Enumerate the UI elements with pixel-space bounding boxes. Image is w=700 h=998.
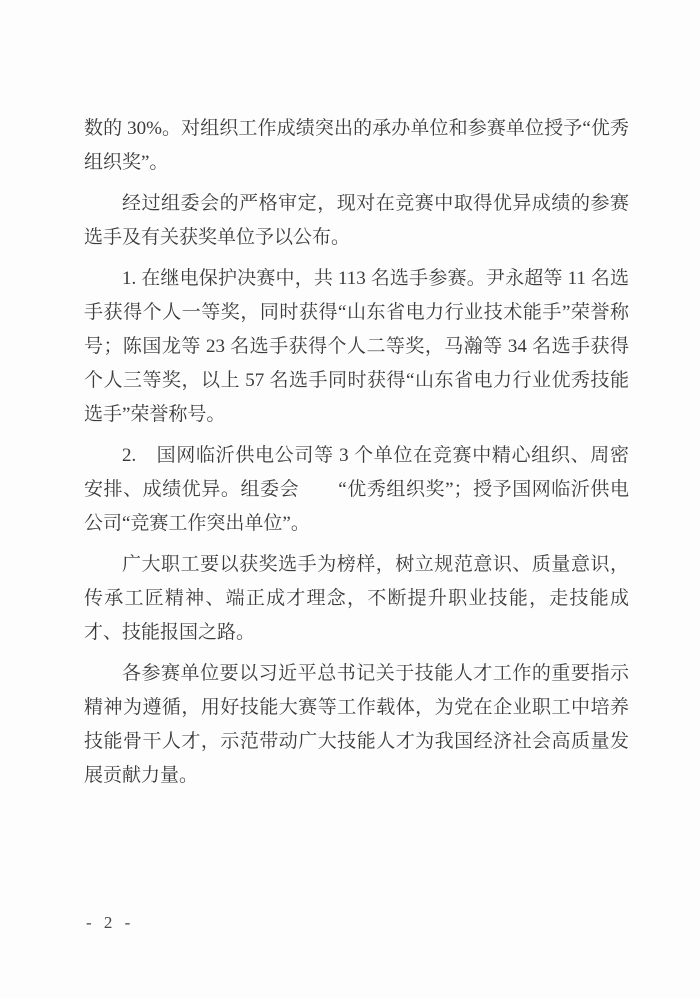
paragraph: 数的 30%。对组织工作成绩突出的承办单位和参赛单位授予“优秀组织奖”。 bbox=[84, 112, 629, 180]
document-body: 数的 30%。对组织工作成绩突出的承办单位和参赛单位授予“优秀组织奖”。经过组委… bbox=[84, 112, 629, 800]
document-page: 数的 30%。对组织工作成绩突出的承办单位和参赛单位授予“优秀组织奖”。经过组委… bbox=[0, 0, 700, 998]
paragraph: 广大职工要以获奖选手为榜样，树立规范意识、质量意识，传承工匠精神、端正成才理念，… bbox=[84, 548, 629, 650]
paragraph: 1. 在继电保护决赛中，共 113 名选手参赛。尹永超等 11 名选手获得个人一… bbox=[84, 262, 629, 432]
paragraph: 各参赛单位要以习近平总书记关于技能人才工作的重要指示精神为遵循，用好技能大赛等工… bbox=[84, 657, 629, 793]
paragraph: 2. 国网临沂供电公司等 3 个单位在竞赛中精心组织、周密安排、成绩优异。组委会… bbox=[84, 439, 629, 541]
paragraph: 经过组委会的严格审定，现对在竞赛中取得优异成绩的参赛选手及有关获奖单位予以公布。 bbox=[84, 187, 629, 255]
page-number: - 2 - bbox=[86, 911, 131, 935]
